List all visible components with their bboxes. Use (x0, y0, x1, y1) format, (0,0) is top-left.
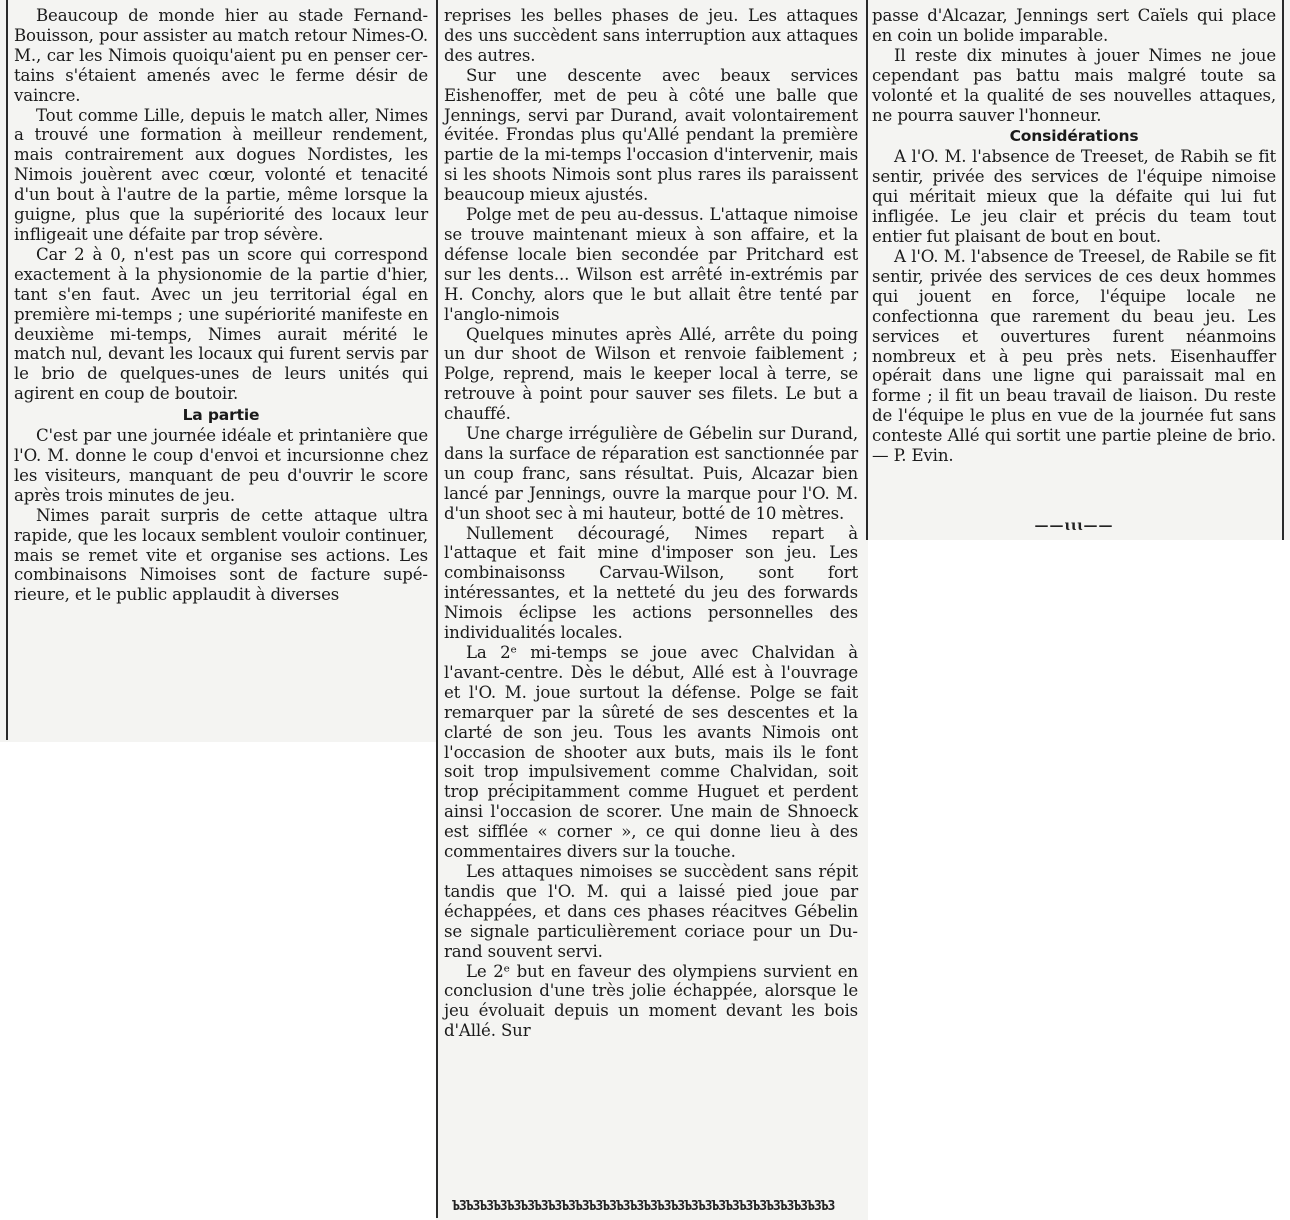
column-divider-2 (866, 0, 868, 540)
column-divider-1 (436, 0, 438, 1218)
paragraph: Nullement découragé, Nimes repart à l'at… (444, 524, 858, 643)
paragraph: Sur une descente avec beaux services Eis… (444, 66, 858, 205)
paragraph: Quelques minutes après Allé, arrête du p… (444, 325, 858, 425)
article-end-mark: ——ɩɩɩ—— (872, 518, 1276, 534)
paragraph: reprises les belles phases de jeu. Les a… (444, 6, 858, 66)
paragraph: A l'O. M. l'absence de Treesel, de Ra­bi… (872, 247, 1276, 466)
left-border-rule (6, 0, 8, 740)
paragraph: La 2ᵉ mi-temps se joue avec Chalvi­dan à… (444, 643, 858, 862)
paragraph: Beaucoup de monde hier au stade Fernand-… (14, 6, 428, 106)
paragraph: Les attaques nimoises se succèdent sans … (444, 862, 858, 962)
paragraph: passe d'Alcazar, Jennings sert Caïels qu… (872, 6, 1276, 46)
column-1: Beaucoup de monde hier au stade Fernand-… (14, 6, 428, 605)
section-heading: Considérations (872, 126, 1276, 146)
paragraph: Une charge irrégulière de Gébelin sur Du… (444, 424, 858, 524)
paragraph: Nimes parait surpris de cette attaque ul… (14, 506, 428, 606)
column-2: reprises les belles phases de jeu. Les a… (444, 6, 858, 1041)
paragraph: C'est par une journée idéale et prin­tan… (14, 426, 428, 506)
decorative-border-ornament: ЪЗЪЗЪЗЪЗЪЗЪЗЪЗЪЗЪЗЪЗЪЗЪЗЪЗЪЗЪЗЪЗЪЗЪЗЪЗЪЗ… (452, 1200, 852, 1214)
paragraph: Il reste dix minutes à jouer Nimes ne jo… (872, 46, 1276, 126)
column-3: passe d'Alcazar, Jennings sert Caïels qu… (872, 6, 1276, 466)
paragraph: Car 2 à 0, n'est pas un score qui cor­re… (14, 245, 428, 404)
paragraph: Polge met de peu au-dessus. L'attaque ni… (444, 205, 858, 324)
paragraph: A l'O. M. l'absence de Treeset, de Ra­bi… (872, 147, 1276, 247)
right-border-rule (1282, 0, 1284, 540)
paragraph: Le 2ᵉ but en faveur des olympiens survie… (444, 962, 858, 1042)
section-heading: La partie (14, 405, 428, 425)
paragraph: Tout comme Lille, depuis le match aller,… (14, 106, 428, 245)
